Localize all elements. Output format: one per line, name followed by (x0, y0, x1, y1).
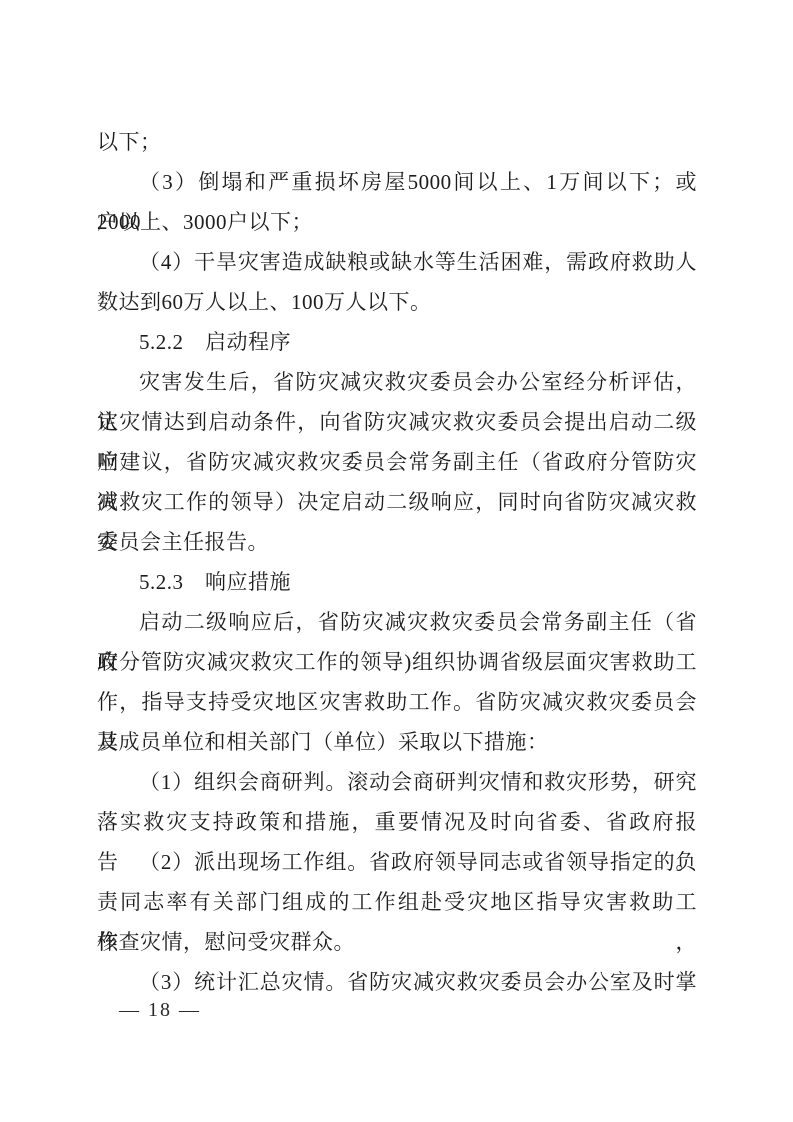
body-text-line: （3）倒塌和严重损坏房屋5000间以上、1万间以下；或2000 (97, 162, 697, 202)
section-heading: 5.2.3 响应措施 (97, 562, 697, 602)
body-text-line: 其成员单位和相关部门（单位）采取以下措施： (97, 722, 697, 762)
body-text-line: 灾害发生后，省防灾减灾救灾委员会办公室经分析评估，认 (97, 362, 697, 402)
document-page: 以下； （3）倒塌和严重损坏房屋5000间以上、1万间以下；或2000 户以上、… (0, 0, 793, 1122)
document-body: 以下； （3）倒塌和严重损坏房屋5000间以上、1万间以下；或2000 户以上、… (97, 122, 697, 1002)
body-text-line: 委员会主任报告。 (97, 522, 697, 562)
body-text-line: 府分管防灾减灾救灾工作的领导)组织协调省级层面灾害救助工 (97, 642, 697, 682)
body-text-line: （2）派出现场工作组。省政府领导同志或省领导指定的负 (97, 842, 697, 882)
body-text-line: 责同志率有关部门组成的工作组赴受灾地区指导灾害救助工作， (97, 882, 697, 922)
body-text-line: （1）组织会商研判。滚动会商研判灾情和救灾形势，研究 (97, 762, 697, 802)
section-heading: 5.2.2 启动程序 (97, 322, 697, 362)
body-text-line: 应建议，省防灾减灾救灾委员会常务副主任（省政府分管防灾减 (97, 442, 697, 482)
page-number: — 18 — (119, 995, 201, 1025)
body-text-line: 落实救灾支持政策和措施，重要情况及时向省委、省政府报告。 (97, 802, 697, 842)
body-text-line: （4）干旱灾害造成缺粮或缺水等生活困难，需政府救助人 (97, 242, 697, 282)
body-text-line: 以下； (97, 122, 697, 162)
body-text-line: 启动二级响应后，省防灾减灾救灾委员会常务副主任（省政 (97, 602, 697, 642)
body-text-line: 户以上、3000户以下； (97, 202, 697, 242)
body-text-line: 数达到60万人以上、100万人以下。 (97, 282, 697, 322)
body-text-line: 灾救灾工作的领导）决定启动二级响应，同时向省防灾减灾救灾 (97, 482, 697, 522)
body-text-line: 定灾情达到启动条件，向省防灾减灾救灾委员会提出启动二级响 (97, 402, 697, 442)
body-text-line: 作，指导支持受灾地区灾害救助工作。省防灾减灾救灾委员会及 (97, 682, 697, 722)
